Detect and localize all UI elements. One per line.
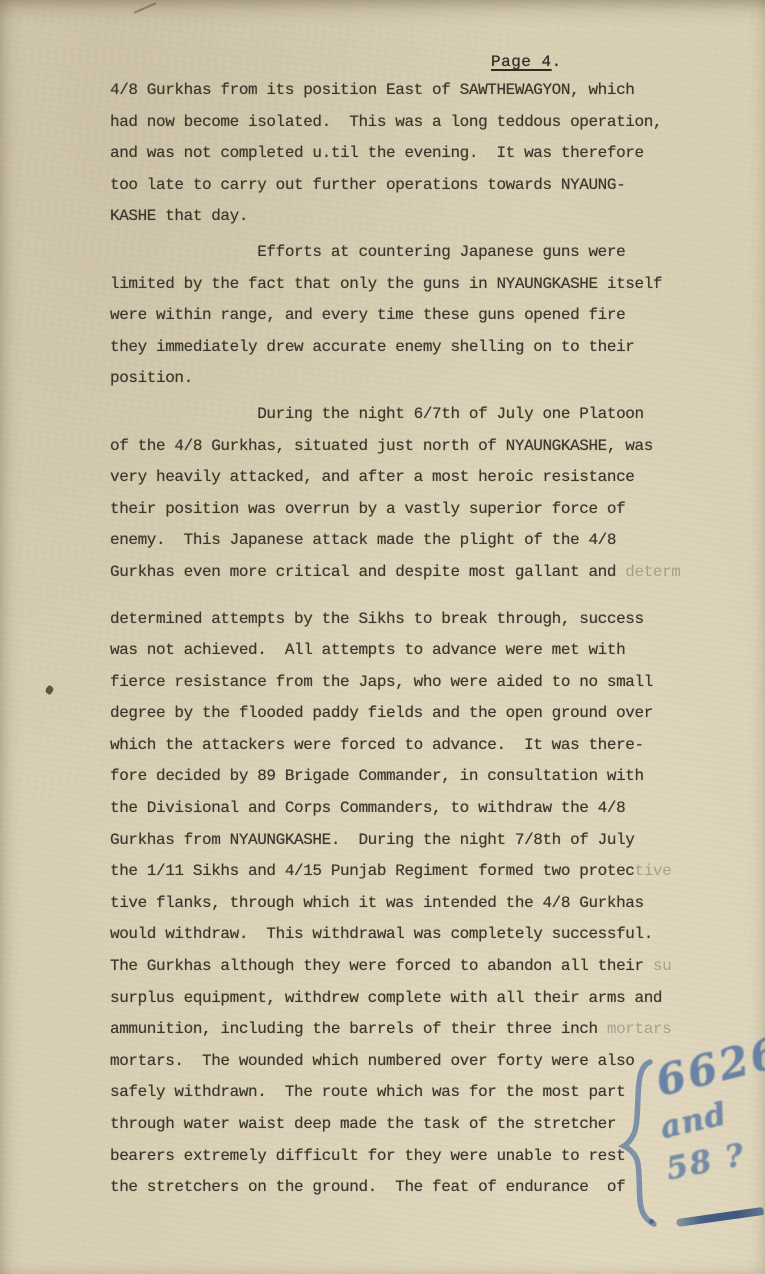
text-segment: very heavily attacked, and after a most … xyxy=(110,468,635,486)
faded-text-segment: su xyxy=(653,957,671,975)
text-segment: mortars. The wounded which numbered over… xyxy=(110,1052,635,1070)
text-line: Gurkhas from NYAUNGKASHE. During the nig… xyxy=(110,831,710,863)
text-line: ammunition, including the barrels of the… xyxy=(110,1020,710,1052)
text-segment: too late to carry out further operations… xyxy=(110,176,625,194)
text-segment: Gurkhas from NYAUNGKASHE. During the nig… xyxy=(110,831,635,849)
text-segment: their position was overrun by a vastly s… xyxy=(110,500,625,518)
text-line: enemy. This Japanese attack made the pli… xyxy=(110,531,710,563)
text-segment: KASHE that day. xyxy=(110,207,248,225)
text-line: the 1/11 Sikhs and 4/15 Punjab Regiment … xyxy=(110,862,710,894)
text-segment: tive flanks, through which it was intend… xyxy=(110,894,644,912)
text-line: was not achieved. All attempts to advanc… xyxy=(110,641,710,673)
text-segment: bearers extremely difficult for they wer… xyxy=(110,1147,625,1165)
text-segment: the Divisional and Corps Commanders, to … xyxy=(110,799,625,817)
text-line: position. xyxy=(110,369,710,401)
text-line: had now become isolated. This was a long… xyxy=(110,113,710,145)
text-segment: ammunition, including the barrels of the… xyxy=(110,1020,607,1038)
text-segment: degree by the flooded paddy fields and t… xyxy=(110,704,653,722)
text-segment: The Gurkhas although they were forced to… xyxy=(110,957,653,975)
text-line: The Gurkhas although they were forced to… xyxy=(110,957,710,989)
text-segment: the 1/11 Sikhs and 4/15 Punjab Regiment … xyxy=(110,862,635,880)
text-line: limited by the fact that only the guns i… xyxy=(110,275,710,307)
text-segment: of the 4/8 Gurkhas, situated just north … xyxy=(110,437,653,455)
text-line: degree by the flooded paddy fields and t… xyxy=(110,704,710,736)
text-segment: was not achieved. All attempts to advanc… xyxy=(110,641,625,659)
text-line: very heavily attacked, and after a most … xyxy=(110,468,710,500)
text-line: tive flanks, through which it was intend… xyxy=(110,894,710,926)
faded-text-segment: determ xyxy=(625,563,680,581)
text-segment: During the night 6/7th of July one Plato… xyxy=(110,405,644,423)
text-line: which the attackers were forced to advan… xyxy=(110,736,710,768)
text-line: were within range, and every time these … xyxy=(110,306,710,338)
text-segment: position. xyxy=(110,369,193,387)
text-segment: Gurkhas even more critical and despite m… xyxy=(110,563,625,581)
text-segment: determined attempts by the Sikhs to brea… xyxy=(110,610,644,628)
text-segment: they immediately drew accurate enemy she… xyxy=(110,338,635,356)
text-line: they immediately drew accurate enemy she… xyxy=(110,338,710,370)
text-segment: had now become isolated. This was a long… xyxy=(110,113,662,131)
text-segment: through water waist deep made the task o… xyxy=(110,1115,616,1133)
text-line: fierce resistance from the Japs, who wer… xyxy=(110,673,710,705)
text-line: fore decided by 89 Brigade Commander, in… xyxy=(110,767,710,799)
text-line: During the night 6/7th of July one Plato… xyxy=(110,405,710,437)
text-segment: would withdraw. This withdrawal was comp… xyxy=(110,925,653,943)
page-number-text: Page 4 xyxy=(491,53,552,71)
text-segment: were within range, and every time these … xyxy=(110,306,625,324)
text-segment: the stretchers on the ground. The feat o… xyxy=(110,1178,625,1196)
text-line: Efforts at countering Japanese guns were xyxy=(110,243,710,275)
typewritten-lines: 4/8 Gurkhas from its position East of SA… xyxy=(110,81,710,1210)
text-line: of the 4/8 Gurkhas, situated just north … xyxy=(110,437,710,469)
page-number-heading: Page 4. xyxy=(491,53,562,71)
text-line: and was not completed u.til the evening.… xyxy=(110,144,710,176)
text-segment: safely withdrawn. The route which was fo… xyxy=(110,1083,625,1101)
text-segment: and was not completed u.til the evening.… xyxy=(110,144,644,162)
text-segment: fore decided by 89 Brigade Commander, in… xyxy=(110,767,644,785)
text-line: too late to carry out further operations… xyxy=(110,176,710,208)
text-line: their position was overrun by a vastly s… xyxy=(110,500,710,532)
text-segment: limited by the fact that only the guns i… xyxy=(110,275,662,293)
text-segment: Efforts at countering Japanese guns were xyxy=(110,243,625,261)
text-line: the Divisional and Corps Commanders, to … xyxy=(110,799,710,831)
text-line: Gurkhas even more critical and despite m… xyxy=(110,563,710,595)
text-line: would withdraw. This withdrawal was comp… xyxy=(110,925,710,957)
text-segment: which the attackers were forced to advan… xyxy=(110,736,644,754)
text-segment: 4/8 Gurkhas from its position East of SA… xyxy=(110,81,635,99)
faded-text-segment: mortars xyxy=(607,1020,671,1038)
text-line: surplus equipment, withdrew complete wit… xyxy=(110,989,710,1021)
text-line: KASHE that day. xyxy=(110,207,710,239)
text-line: determined attempts by the Sikhs to brea… xyxy=(110,610,710,642)
page-number-period: . xyxy=(552,53,562,71)
text-line: 4/8 Gurkhas from its position East of SA… xyxy=(110,81,710,113)
text-segment: enemy. This Japanese attack made the pli… xyxy=(110,531,616,549)
text-segment: fierce resistance from the Japs, who wer… xyxy=(110,673,653,691)
faded-text-segment: tive xyxy=(635,862,672,880)
text-segment: surplus equipment, withdrew complete wit… xyxy=(110,989,662,1007)
